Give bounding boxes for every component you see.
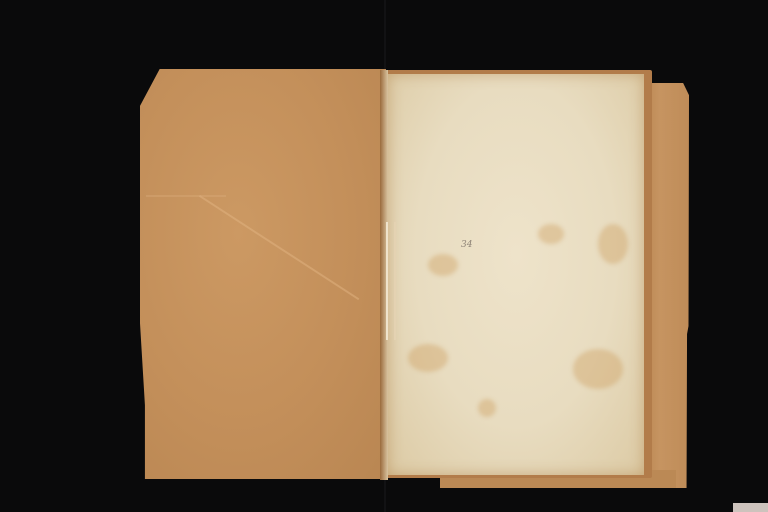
pencil-mark: 34: [461, 240, 472, 250]
corner-patch: [733, 503, 768, 512]
foxing-stain: [538, 224, 564, 244]
foxing-stain: [478, 399, 496, 417]
left-cover-wrapper: [140, 69, 386, 479]
foxing-stain: [573, 349, 623, 389]
foxing-stain: [598, 224, 628, 264]
cover-fold-crease-top: [146, 195, 226, 197]
right-page: [388, 74, 644, 475]
binding-thread: [386, 222, 396, 340]
foxing-stain: [408, 344, 448, 372]
foxing-stain: [428, 254, 458, 276]
photo-scene: 34: [0, 0, 768, 512]
